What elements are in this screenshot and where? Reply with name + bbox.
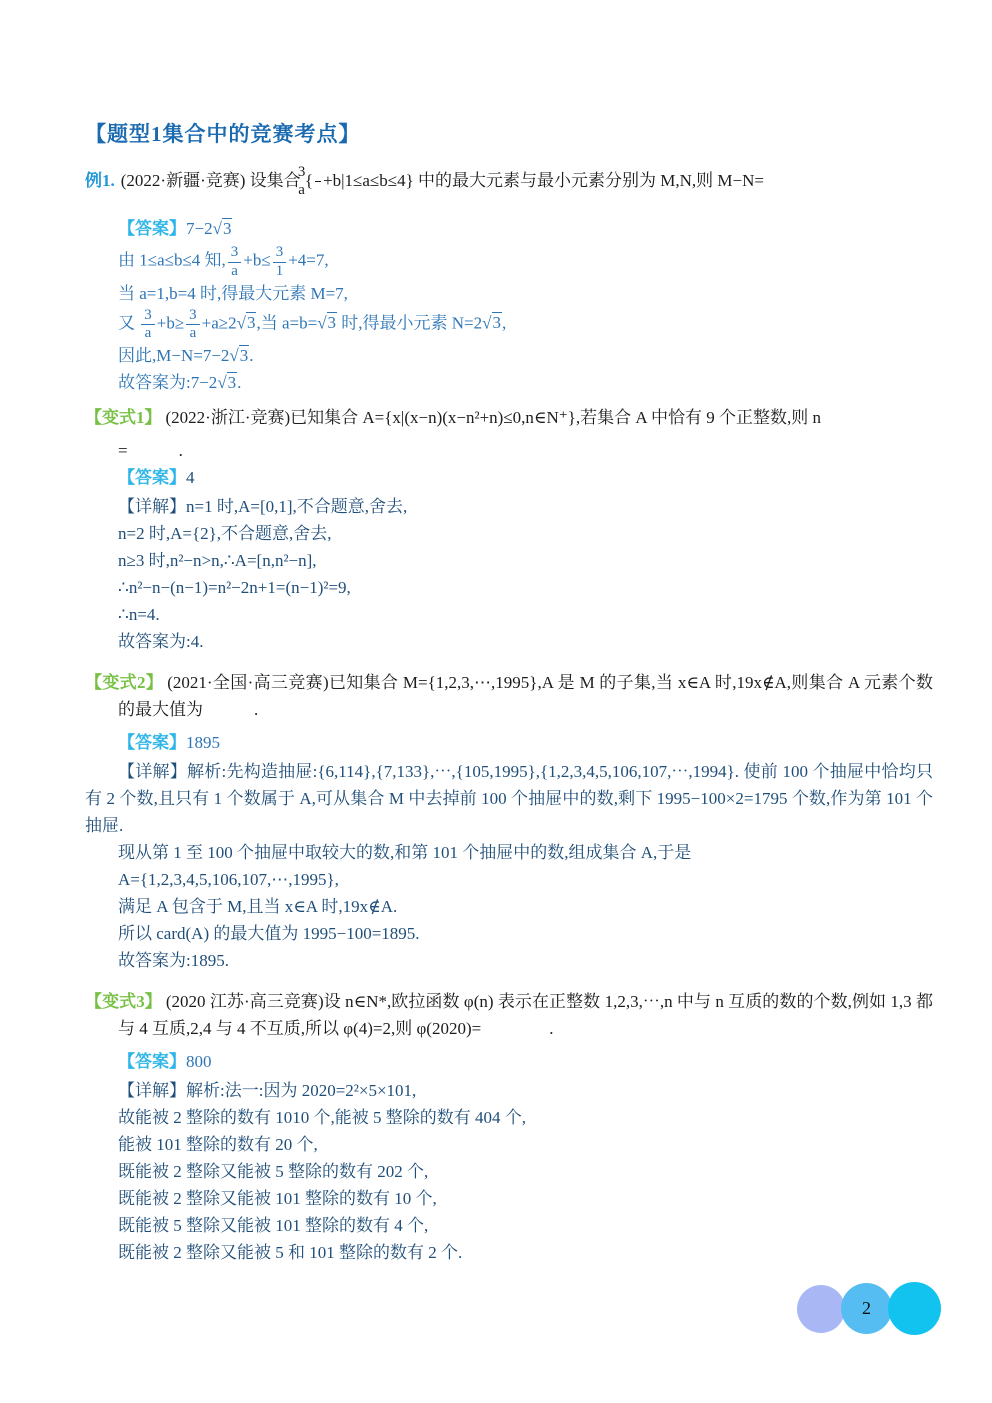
radical: √3 (217, 372, 237, 392)
variant2-label: 【变式2】 (85, 673, 167, 692)
variant1-solution-line: n≥3 时,n²−n>n,∴A=[n,n²−n], (118, 547, 933, 574)
variant1-solution-line: ∴n²−n−(n−1)=n²−2n+1=(n−1)²=9, (118, 574, 933, 601)
variant3-solution-line: 能被 101 整除的数有 20 个, (118, 1131, 933, 1158)
variant3-solution-line: 既能被 2 整除又能被 5 整除的数有 202 个, (118, 1158, 933, 1185)
example1-statement: 例1.(2022·新疆·竞赛) 设集合 {3a+b|1≤a≤b≤4} 中的最大元… (85, 164, 933, 199)
example1-solution-line: 因此,M−N=7−2√3. (118, 342, 933, 369)
radical: √3 (213, 218, 233, 238)
answer-label: 【答案】 (118, 1052, 186, 1071)
variant1-text: (2022·浙江·竞赛)已知集合 A={x|(x−n)(x−n²+n)≤0,n∈… (166, 408, 822, 427)
fraction: 3a (315, 164, 321, 199)
variant1-solution-block: = . 【答案】4 【详解】n=1 时,A=[0,1],不合题意,舍去, n=2… (118, 437, 933, 655)
answer-label: 【答案】 (118, 219, 186, 238)
example1-solution-line: 由 1≤a≤b≤4 知,3a+b≤31+4=7, (118, 244, 933, 279)
variant3-solution-line: 既能被 5 整除又能被 101 整除的数有 4 个, (118, 1212, 933, 1239)
variant2-solution-line: 满足 A 包含于 M,且当 x∈A 时,19x∉A. (118, 893, 933, 920)
page-indicator: 2 (797, 1282, 941, 1335)
variant1-solution-line: n=2 时,A={2},不合题意,舍去, (118, 520, 933, 547)
answer-label: 【答案】 (118, 733, 186, 752)
variant3-answer-value: 800 (186, 1052, 212, 1071)
answer-label: 【答案】 (118, 468, 186, 487)
fraction: 31 (273, 244, 286, 279)
document-body: 【题型1集合中的竞赛考点】 例1.(2022·新疆·竞赛) 设集合 {3a+b|… (85, 118, 933, 1266)
page-number: 2 (862, 1298, 871, 1319)
variant3-solution-line: 既能被 2 整除又能被 5 和 101 整除的数有 2 个. (118, 1239, 933, 1266)
variant3-label: 【变式3】 (85, 992, 166, 1011)
example1-solution-line: 又 3a+b≥3a+a≥2√3,当 a=b=√3 时,得最小元素 N=2√3, (118, 307, 933, 342)
fraction: 3a (141, 307, 154, 342)
radical: √3 (317, 312, 337, 332)
example1-solution-block: 【答案】7−2√3 由 1≤a≤b≤4 知,3a+b≤31+4=7, 当 a=1… (118, 215, 933, 396)
variant3-statement: 【变式3】(2020 江苏·高三竞赛)设 n∈N*,欧拉函数 φ(n) 表示在正… (85, 988, 933, 1042)
radical: √3 (229, 345, 249, 365)
variant2-solution-line: 所以 card(A) 的最大值为 1995−100=1895. (118, 920, 933, 947)
variant2-solution-paragraph: 【详解】解析:先构造抽屉:{6,114},{7,133},⋯,{105,1995… (85, 758, 933, 839)
variant3-answer-line: 【答案】800 (118, 1048, 933, 1075)
variant3-solution-line: 故能被 2 整除的数有 1010 个,能被 5 整除的数有 404 个, (118, 1104, 933, 1131)
page-indicator-circle-current: 2 (841, 1283, 892, 1334)
variant2-answer-value: 1895 (186, 733, 220, 752)
variant1-answer-value: 4 (186, 468, 195, 487)
section-title: 【题型1集合中的竞赛考点】 (85, 118, 933, 148)
example1-text: (2022·新疆·竞赛) 设集合 {3a+b|1≤a≤b≤4} 中的最大元素与最… (121, 171, 764, 190)
page-indicator-circle-right (888, 1282, 941, 1335)
radical: √3 (482, 312, 502, 332)
variant3-text: (2020 江苏·高三竞赛)设 n∈N*,欧拉函数 φ(n) 表示在正整数 1,… (118, 992, 933, 1038)
variant1-statement: 【变式1】(2022·浙江·竞赛)已知集合 A={x|(x−n)(x−n²+n)… (85, 404, 933, 431)
variant2-solution-line: 现从第 1 至 100 个抽屉中取较大的数,和第 101 个抽屉中的数,组成集合… (118, 839, 933, 866)
variant2-solution-block: 现从第 1 至 100 个抽屉中取较大的数,和第 101 个抽屉中的数,组成集合… (118, 839, 933, 974)
variant1-solution-line: ∴n=4. (118, 601, 933, 628)
variant2-solution-line: 故答案为:1895. (118, 947, 933, 974)
variant2-answer-block: 【答案】1895 (118, 729, 933, 756)
example1-answer-line: 【答案】7−2√3 (118, 215, 933, 242)
radical: √3 (237, 312, 257, 332)
example1-answer-value: 7−2√3 (186, 218, 232, 238)
variant2-text: (2021·全国·高三竞赛)已知集合 M={1,2,3,⋯,1995},A 是 … (118, 673, 933, 719)
example1-solution-line: 当 a=1,b=4 时,得最大元素 M=7, (118, 280, 933, 307)
variant3-solution-line: 既能被 2 整除又能被 101 整除的数有 10 个, (118, 1185, 933, 1212)
variant1-solution-line: 故答案为:4. (118, 628, 933, 655)
variant1-blank-line: = . (118, 437, 933, 464)
variant1-solution-line: 【详解】n=1 时,A=[0,1],不合题意,舍去, (118, 493, 933, 520)
variant2-answer-line: 【答案】1895 (118, 729, 933, 756)
variant2-solution-line: A={1,2,3,4,5,106,107,⋯,1995}, (118, 866, 933, 893)
fraction: 3a (228, 244, 241, 279)
fraction: 3a (186, 307, 199, 342)
variant3-solution-line: 【详解】解析:法一:因为 2020=2²×5×101, (118, 1077, 933, 1104)
variant1-label: 【变式1】 (85, 408, 166, 427)
variant1-answer-line: 【答案】4 (118, 464, 933, 491)
example1-label: 例1. (85, 171, 121, 190)
example1-solution-line: 故答案为:7−2√3. (118, 369, 933, 396)
variant2-statement: 【变式2】(2021·全国·高三竞赛)已知集合 M={1,2,3,⋯,1995}… (85, 669, 933, 723)
page-indicator-circle-left (797, 1285, 845, 1333)
variant3-solution-block: 【答案】800 【详解】解析:法一:因为 2020=2²×5×101, 故能被 … (118, 1048, 933, 1266)
